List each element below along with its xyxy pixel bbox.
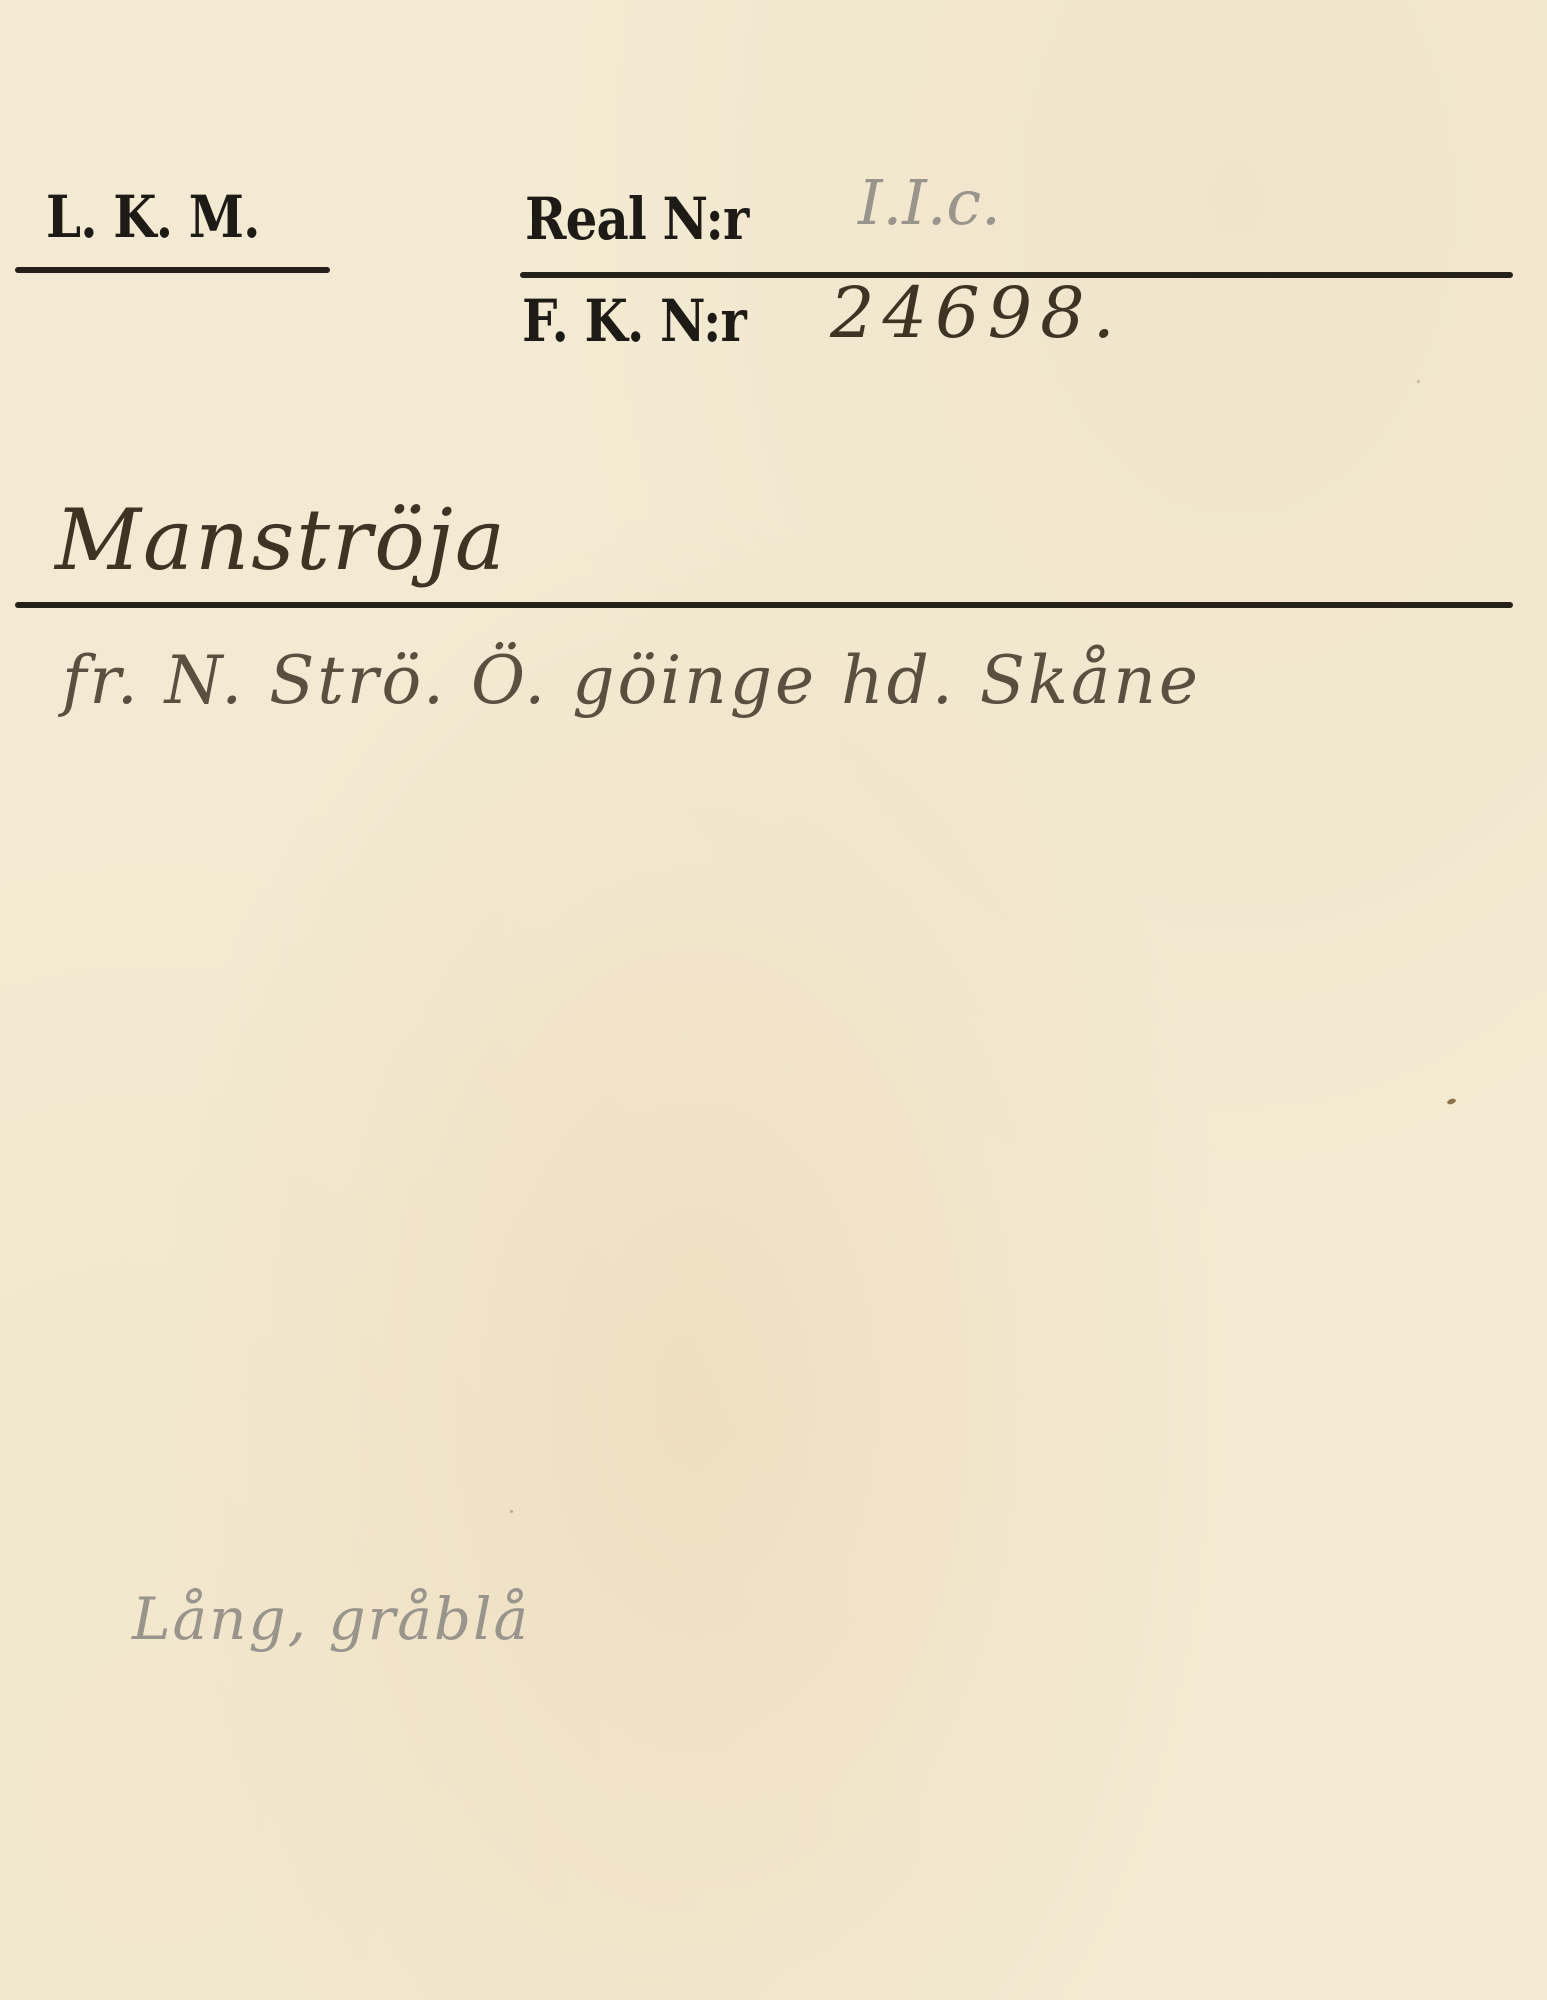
real-number-value: I.I.c. xyxy=(858,172,1001,234)
title-rule xyxy=(15,602,1513,608)
paper-speck xyxy=(510,1510,513,1513)
fk-number-label: F. K. N:r xyxy=(522,292,746,350)
paper-speck xyxy=(1446,1098,1456,1106)
institution-underline xyxy=(15,267,330,273)
real-number-label: Real N:r xyxy=(525,190,748,248)
object-title: Manströja xyxy=(55,498,507,582)
fk-number-value: 24698. xyxy=(830,278,1123,348)
pencil-note: Lång, gråblå xyxy=(132,1590,530,1648)
paper-speck xyxy=(1417,380,1420,383)
catalog-card: L. K. M. Real N:r I.I.c. F. K. N:r 24698… xyxy=(0,0,1547,2000)
institution-label: L. K. M. xyxy=(46,188,260,246)
provenance-text: fr. N. Strö. Ö. göinge hd. Skåne xyxy=(62,648,1201,714)
